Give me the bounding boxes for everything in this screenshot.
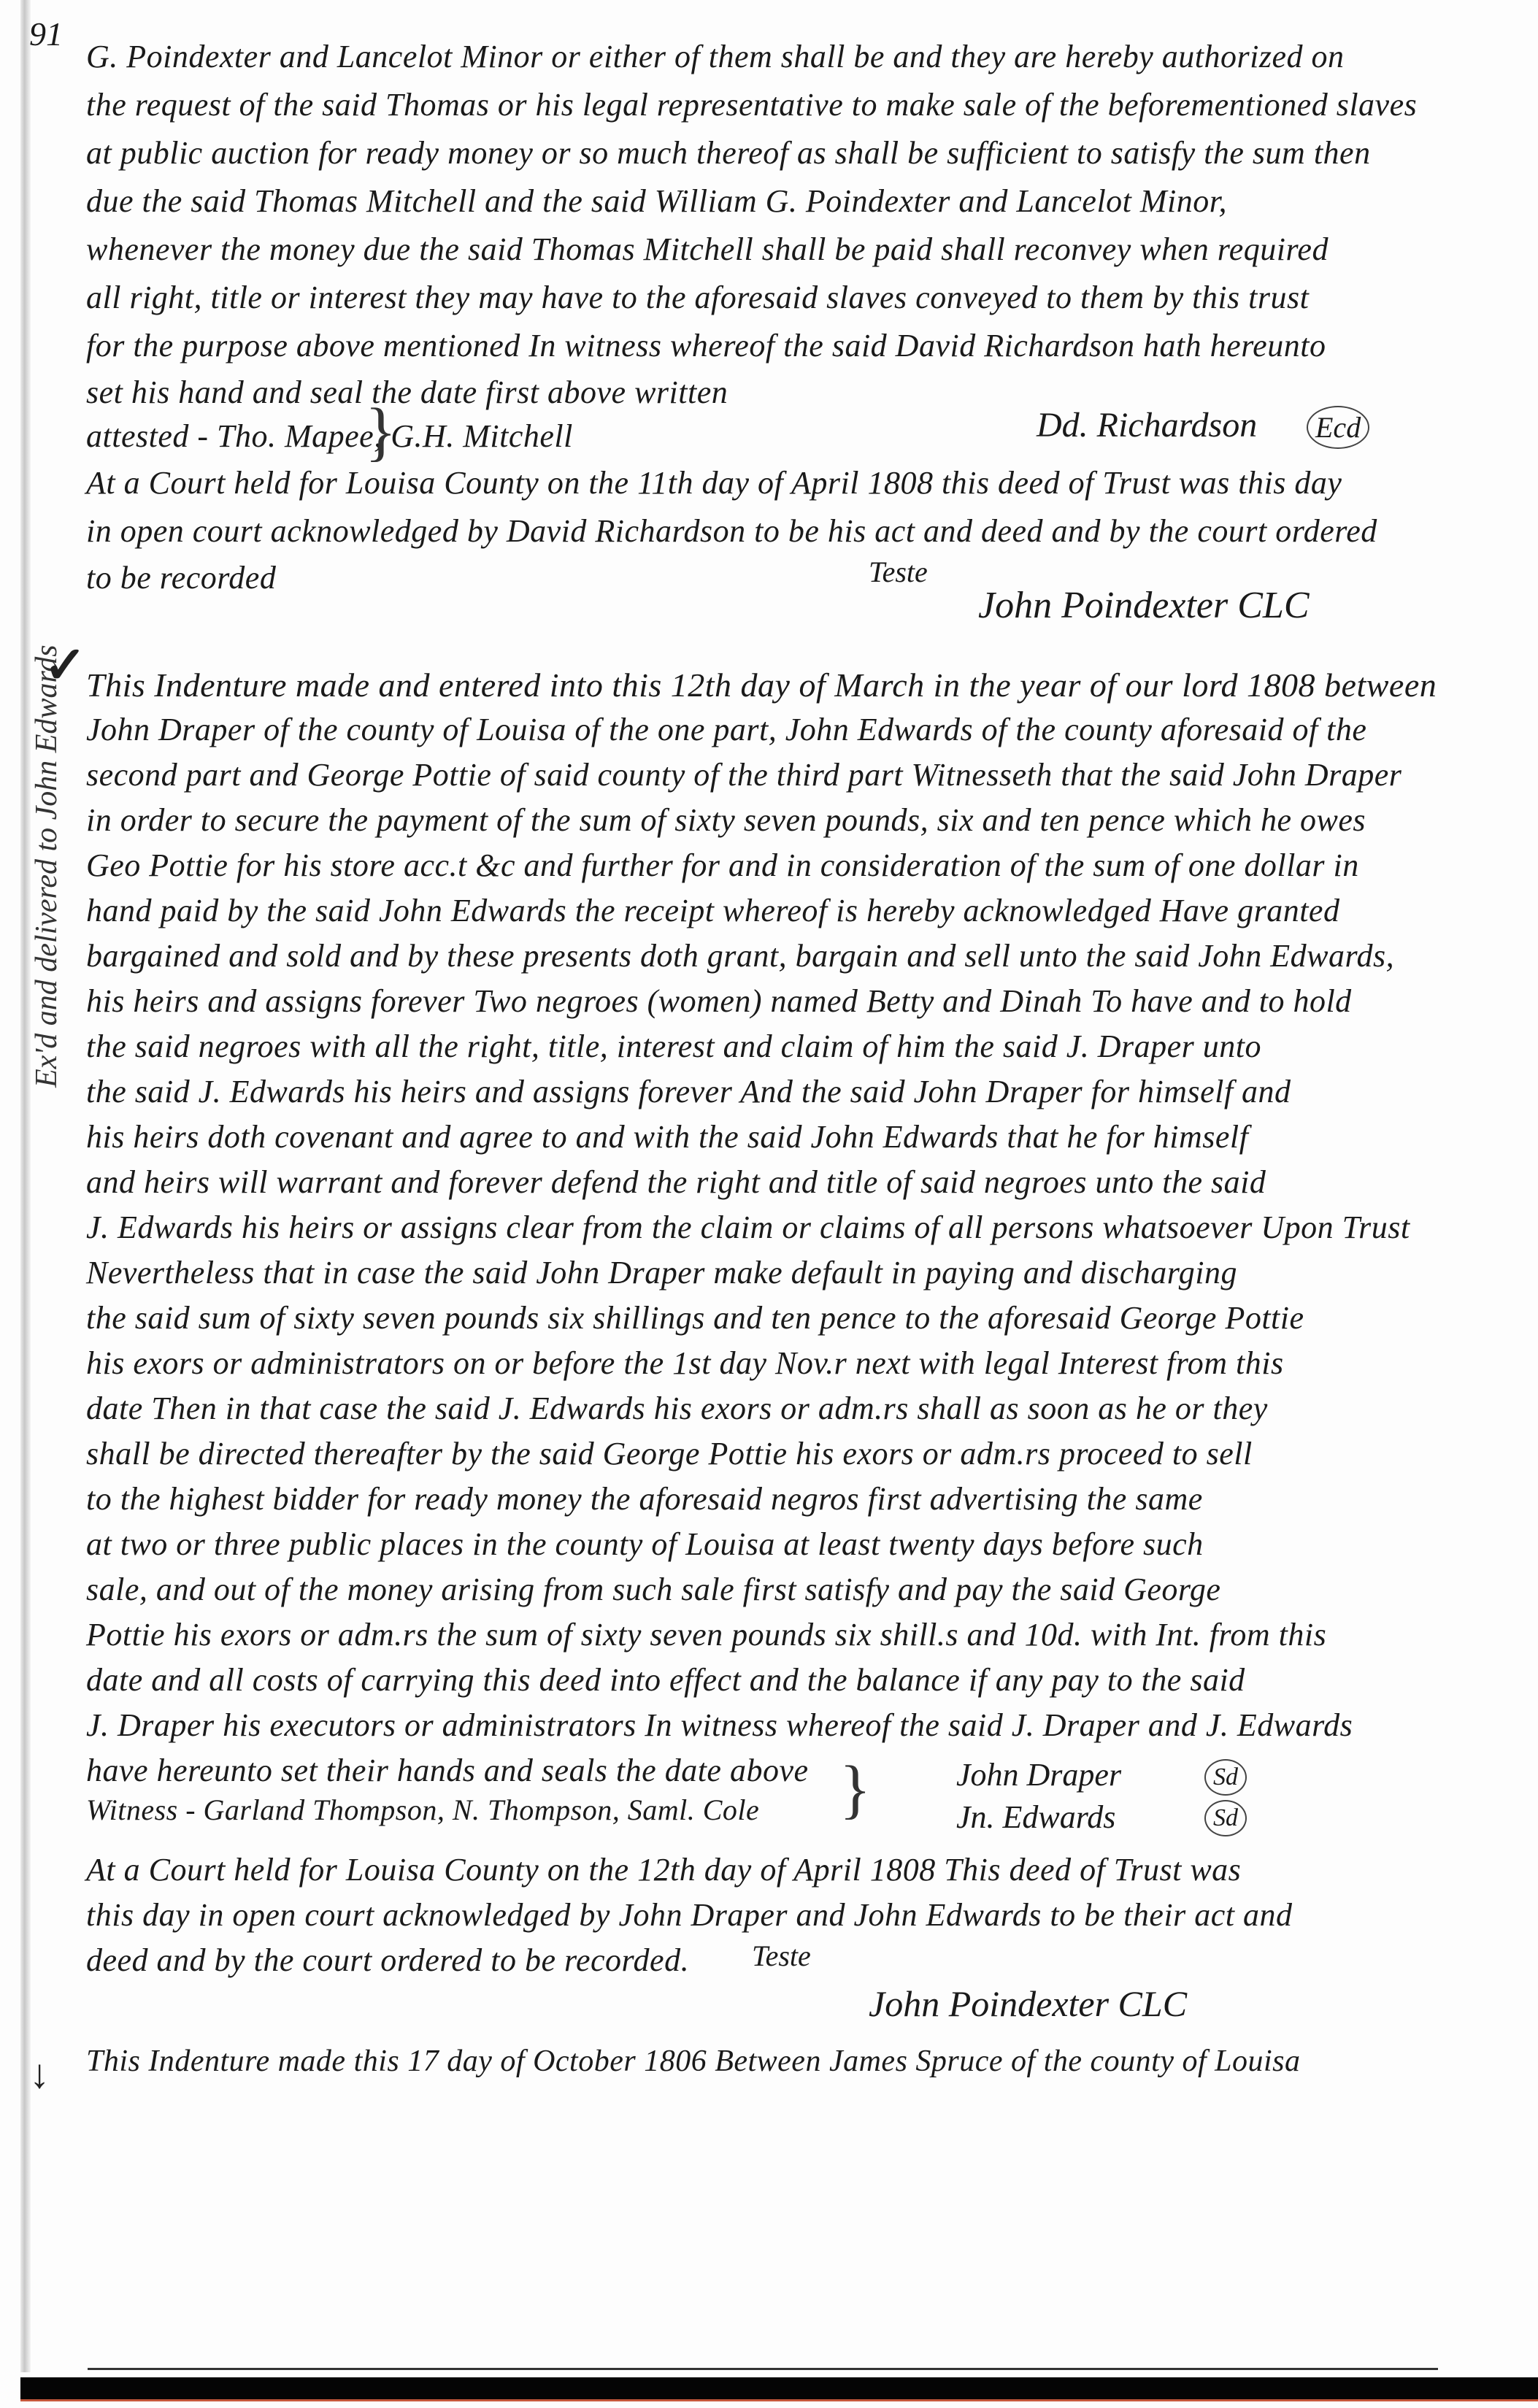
text-line: second part and George Pottie of said co…	[86, 756, 1401, 793]
seal-mark: Sd	[1204, 1759, 1247, 1796]
brace-glyph: }	[839, 1752, 871, 1827]
court-line: At a Court held for Louisa County on the…	[86, 464, 1342, 501]
court-line: in open court acknowledged by David Rich…	[86, 512, 1377, 550]
court-line: At a Court held for Louisa County on the…	[86, 1851, 1241, 1888]
court-line: this day in open court acknowledged by J…	[86, 1896, 1293, 1934]
text-line: due the said Thomas Mitchell and the sai…	[86, 182, 1227, 220]
clerk-signature: John Poindexter CLC	[978, 584, 1310, 627]
court-line: to be recorded	[86, 559, 276, 596]
text-line: J. Draper his executors or administrator…	[86, 1707, 1353, 1744]
text-line: the said sum of sixty seven pounds six s…	[86, 1299, 1304, 1336]
text-line: to the highest bidder for ready money th…	[86, 1480, 1203, 1517]
text-line: his heirs and assigns forever Two negroe…	[86, 982, 1352, 1020]
scan-edge-band	[20, 2377, 1538, 2399]
clerk-signature: John Poindexter CLC	[869, 1982, 1187, 2025]
text-line: have hereunto set their hands and seals …	[86, 1752, 809, 1789]
text-line: This Indenture made this 17 day of Octob…	[86, 2044, 1301, 2079]
text-line: bargained and sold and by these presents…	[86, 937, 1394, 974]
text-line: shall be directed thereafter by the said…	[86, 1435, 1253, 1472]
bottom-rule	[88, 2368, 1438, 2370]
text-line: Pottie his exors or adm.rs the sum of si…	[86, 1616, 1326, 1653]
text-line: sale, and out of the money arising from …	[86, 1571, 1220, 1608]
text-line: at public auction for ready money or so …	[86, 134, 1371, 172]
signature-richardson: Dd. Richardson	[1037, 405, 1257, 445]
page-number: 91	[29, 15, 63, 53]
text-line: whenever the money due the said Thomas M…	[86, 231, 1329, 268]
teste-label: Teste	[752, 1939, 811, 1973]
text-line: Nevertheless that in case the said John …	[86, 1254, 1237, 1291]
margin-note: Ex'd and delivered to John Edwards	[29, 645, 64, 1088]
text-line: date and all costs of carrying this deed…	[86, 1661, 1245, 1699]
signature-edwards: Jn. Edwards	[956, 1799, 1115, 1836]
text-line: at two or three public places in the cou…	[86, 1526, 1204, 1563]
teste-label: Teste	[869, 555, 928, 589]
check-mark-icon: ✓	[44, 635, 87, 696]
text-line: hand paid by the said John Edwards the r…	[86, 892, 1339, 929]
text-line: the said negroes with all the right, tit…	[86, 1028, 1261, 1065]
seal-mark: Sd	[1204, 1800, 1247, 1836]
scan-edge-highlight	[20, 2399, 1538, 2401]
text-line: J. Edwards his heirs or assigns clear fr…	[86, 1209, 1410, 1246]
text-line: his heirs doth covenant and agree to and…	[86, 1118, 1248, 1155]
check-mark-icon: ↓	[29, 2051, 50, 2098]
text-line: date Then in that case the said J. Edwar…	[86, 1390, 1268, 1427]
text-line: his exors or administrators on or before…	[86, 1345, 1284, 1382]
text-line: and heirs will warrant and forever defen…	[86, 1163, 1266, 1201]
text-line: G. Poindexter and Lancelot Minor or eith…	[86, 38, 1345, 75]
court-line: deed and by the court ordered to be reco…	[86, 1942, 689, 1979]
signature-draper: John Draper	[956, 1756, 1121, 1793]
text-line: for the purpose above mentioned In witne…	[86, 327, 1326, 364]
text-line: in order to secure the payment of the su…	[86, 801, 1366, 839]
text-line: all right, title or interest they may ha…	[86, 279, 1309, 316]
text-line: This Indenture made and entered into thi…	[86, 666, 1437, 704]
binding-shadow	[20, 0, 31, 2372]
text-line: the request of the said Thomas or his le…	[86, 86, 1417, 123]
witness-line: Witness - Garland Thompson, N. Thompson,…	[86, 1793, 759, 1827]
brace-glyph: }	[365, 394, 396, 469]
text-line: the said J. Edwards his heirs and assign…	[86, 1073, 1291, 1110]
text-line: Geo Pottie for his store acc.t &c and fu…	[86, 847, 1359, 884]
text-line: set his hand and seal the date first abo…	[86, 374, 728, 411]
text-line: John Draper of the county of Louisa of t…	[86, 711, 1366, 748]
attest-line: attested - Tho. Mapee, G.H. Mitchell	[86, 418, 573, 455]
seal-mark: Ecd	[1307, 406, 1369, 449]
